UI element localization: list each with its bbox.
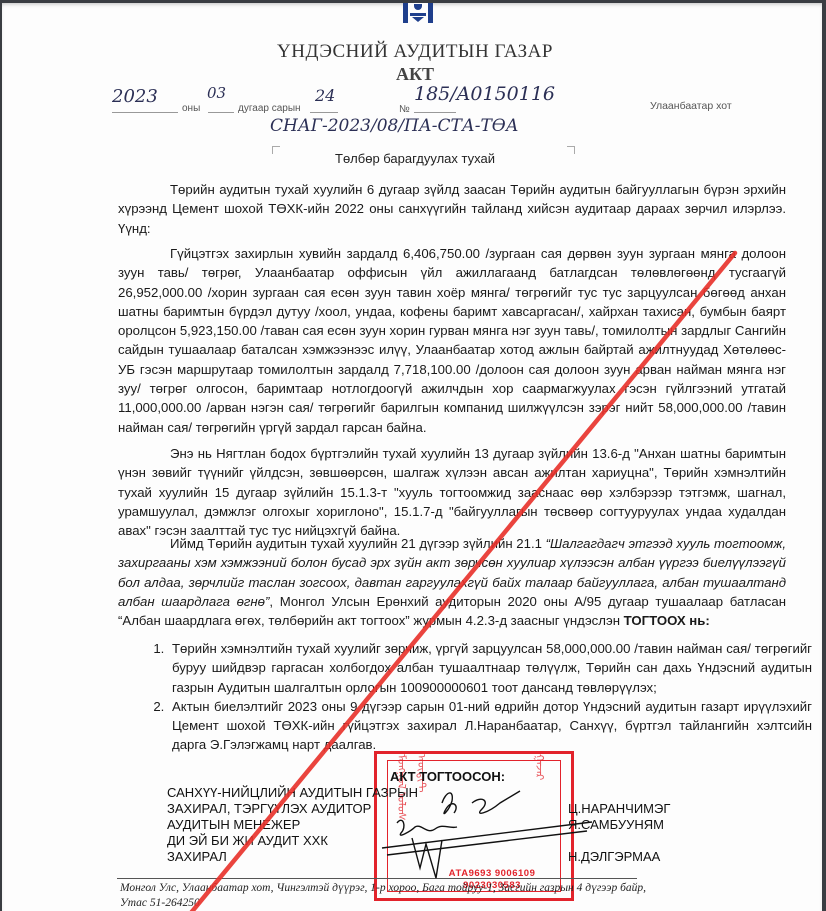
signatory-titles: САНХҮҮ-НИЙЦЛИЙН АУДИТЫН ГАЗРЫН ЗАХИРАЛ, … — [167, 785, 418, 865]
handwritten-day: 24 — [315, 86, 335, 105]
signatory-title-line: ДИ ЭЙ БИ ЖИ АУДИТ ХХК — [167, 833, 418, 849]
paragraph-intro: Төрийн аудитын тухай хуулийн 6 дугаар зү… — [118, 180, 786, 238]
signatory-name: Я.САМБУУНЯМ — [568, 817, 664, 832]
subject-title: Төлбөр барагдуулах тухай — [2, 151, 822, 166]
decision-item: Төрийн хэмнэлтийн тухай хуулийг зөрчиж, … — [168, 639, 812, 697]
handwritten-reference: СНАГ-2023/08/ПА-СТА-ТӨА — [270, 116, 519, 136]
document-page: ҮНДЭСНИЙ АУДИТЫН ГАЗАР АКТ 2023 оны 03 д… — [2, 3, 822, 911]
handwritten-month: 03 — [207, 84, 226, 102]
city-label: Улаанбаатар хот — [650, 100, 732, 112]
year-label: оны — [182, 103, 200, 114]
paragraph-legal-basis: Энэ нь Нягтлан бодох бүртгэлийн тухай ху… — [118, 444, 786, 540]
footer-divider — [117, 878, 637, 879]
signatory-title-line: АУДИТЫН МЕНЕЖЕР — [167, 817, 418, 833]
soyombo-logo-icon — [403, 3, 433, 23]
number-underline — [414, 112, 456, 113]
signatory-title-line: ЗАХИРАЛ, ТЭРГҮҮЛЭХ АУДИТОР — [167, 801, 418, 817]
handwritten-act-number: 185/A0150116 — [414, 83, 555, 105]
signatory-name: Н.ДЭЛГЭРМАА — [568, 849, 660, 864]
footer-address-line: Монгол Улс, Улаанбаатар хот, Чингэлтэй д… — [120, 881, 650, 896]
resolution-heading: ТОГТООХ нь: — [624, 613, 710, 628]
month-label: дугаар сарын — [238, 103, 301, 114]
signatory-name: Ц.НАРАНЧИМЭГ — [568, 801, 670, 816]
handwritten-year: 2023 — [112, 86, 158, 107]
signature-heading: АКТ ТОГТООСОН: — [390, 769, 505, 784]
resolution-lead: Иймд Төрийн аудитын тухай хуулийн 21 дүг… — [170, 536, 546, 551]
footer-address: Монгол Улс, Улаанбаатар хот, Чингэлтэй д… — [120, 881, 650, 911]
month-underline — [208, 112, 234, 113]
decision-item: Актын биелэлтийг 2023 оны 9 дүгээр сарын… — [168, 697, 812, 755]
signatory-title-line: ЗАХИРАЛ — [167, 849, 418, 865]
signatory-title-line: САНХҮҮ-НИЙЦЛИЙН АУДИТЫН ГАЗРЫН — [167, 785, 418, 801]
paragraph-resolution: Иймд Төрийн аудитын тухай хуулийн 21 дүг… — [118, 534, 786, 630]
decision-list: Төрийн хэмнэлтийн тухай хуулийг зөрчиж, … — [142, 639, 812, 755]
year-underline — [112, 112, 178, 113]
paragraph-findings: Гүйцэтгэх захирлын хувийн зардалд 6,406,… — [118, 244, 786, 437]
footer-phone: Утас 51-264250 — [120, 896, 650, 911]
number-label: № — [399, 104, 410, 115]
day-underline — [310, 112, 338, 113]
organization-title: ҮНДЭСНИЙ АУДИТЫН ГАЗАР — [2, 41, 822, 63]
document-type-title: АКТ — [2, 64, 822, 85]
